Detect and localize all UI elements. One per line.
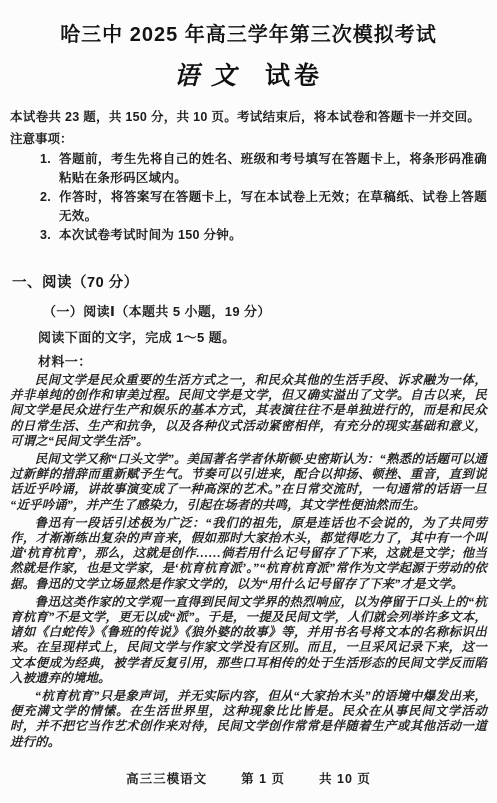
notice-item-3: 3. 本次试卷考试时间为 150 分钟。 [40,226,487,245]
notice-number: 3. [40,226,59,245]
material-paragraph-1: 民间文学是民众重要的生活方式之一，和民众其他的生活手段、诉求融为一体，并非单纯的… [10,373,487,449]
notice-text: 本次试卷考试时间为 150 分钟。 [59,226,487,245]
notice-number: 2. [40,188,59,226]
paper-summary: 本试卷共 23 题，共 150 分，共 10 页。考试结束后，将本试卷和答题卡一… [10,108,487,127]
notice-text: 答题前，考生先将自己的姓名、班级和考号填写在答题卡上，将条形码准确粘贴在条形码区… [59,150,487,188]
footer-page-number: 第 1 页 [241,769,285,787]
footer-total-pages: 共 10 页 [319,769,371,787]
exam-subtitle: 语文 试卷 [10,56,487,92]
page-footer: 高三三模语文 第 1 页 共 10 页 [0,769,497,787]
subsection-heading-reading-1: （一）阅读Ⅰ（本题共 5 小题，19 分） [43,301,487,320]
material-paragraph-4: 鲁迅这类作家的文学观一直得到民间文学界的热烈响应，以为停留于口头上的“杭育杭育”… [10,595,487,686]
material-one-label: 材料一： [38,351,487,370]
notice-title: 注意事项： [10,130,487,149]
exam-paper-page: 哈三中 2025 年高三学年第三次模拟考试 语文 试卷 本试卷共 23 题，共 … [0,0,497,803]
paper-type-label: 试卷 [265,62,323,90]
exam-title: 哈三中 2025 年高三学年第三次模拟考试 [10,18,487,47]
notice-item-1: 1. 答题前，考生先将自己的姓名、班级和考号填写在答题卡上，将条形码准确粘贴在条… [40,150,487,188]
subject-name: 语文 [174,63,248,90]
material-paragraph-2: 民间文学又称“口头文学”。美国著名学者休斯顿·史密斯认为：“熟悉的话题可以通过新… [10,452,487,513]
notice-list: 1. 答题前，考生先将自己的姓名、班级和考号填写在答题卡上，将条形码准确粘贴在条… [40,150,487,245]
section-heading-reading: 一、阅读（70 分） [12,271,487,292]
footer-doc-name: 高三三模语文 [126,769,207,787]
notice-text: 作答时，将答案写在答题卡上，写在本试卷上无效；在草稿纸、试卷上答题无效。 [59,188,487,226]
notice-item-2: 2. 作答时，将答案写在答题卡上，写在本试卷上无效；在草稿纸、试卷上答题无效。 [40,188,487,226]
material-paragraph-5: “杭育杭育”只是象声词，并无实际内容，但从“大家抬木头”的语境中爆发出来，便充满… [10,689,487,750]
material-paragraph-3: 鲁迅有一段话引述极为广泛：“我们的祖先，原是连话也不会说的，为了共同劳作，才渐渐… [10,516,487,592]
notice-number: 1. [40,150,59,188]
reading-instruction: 阅读下面的文字，完成 1～5 题。 [38,327,487,346]
